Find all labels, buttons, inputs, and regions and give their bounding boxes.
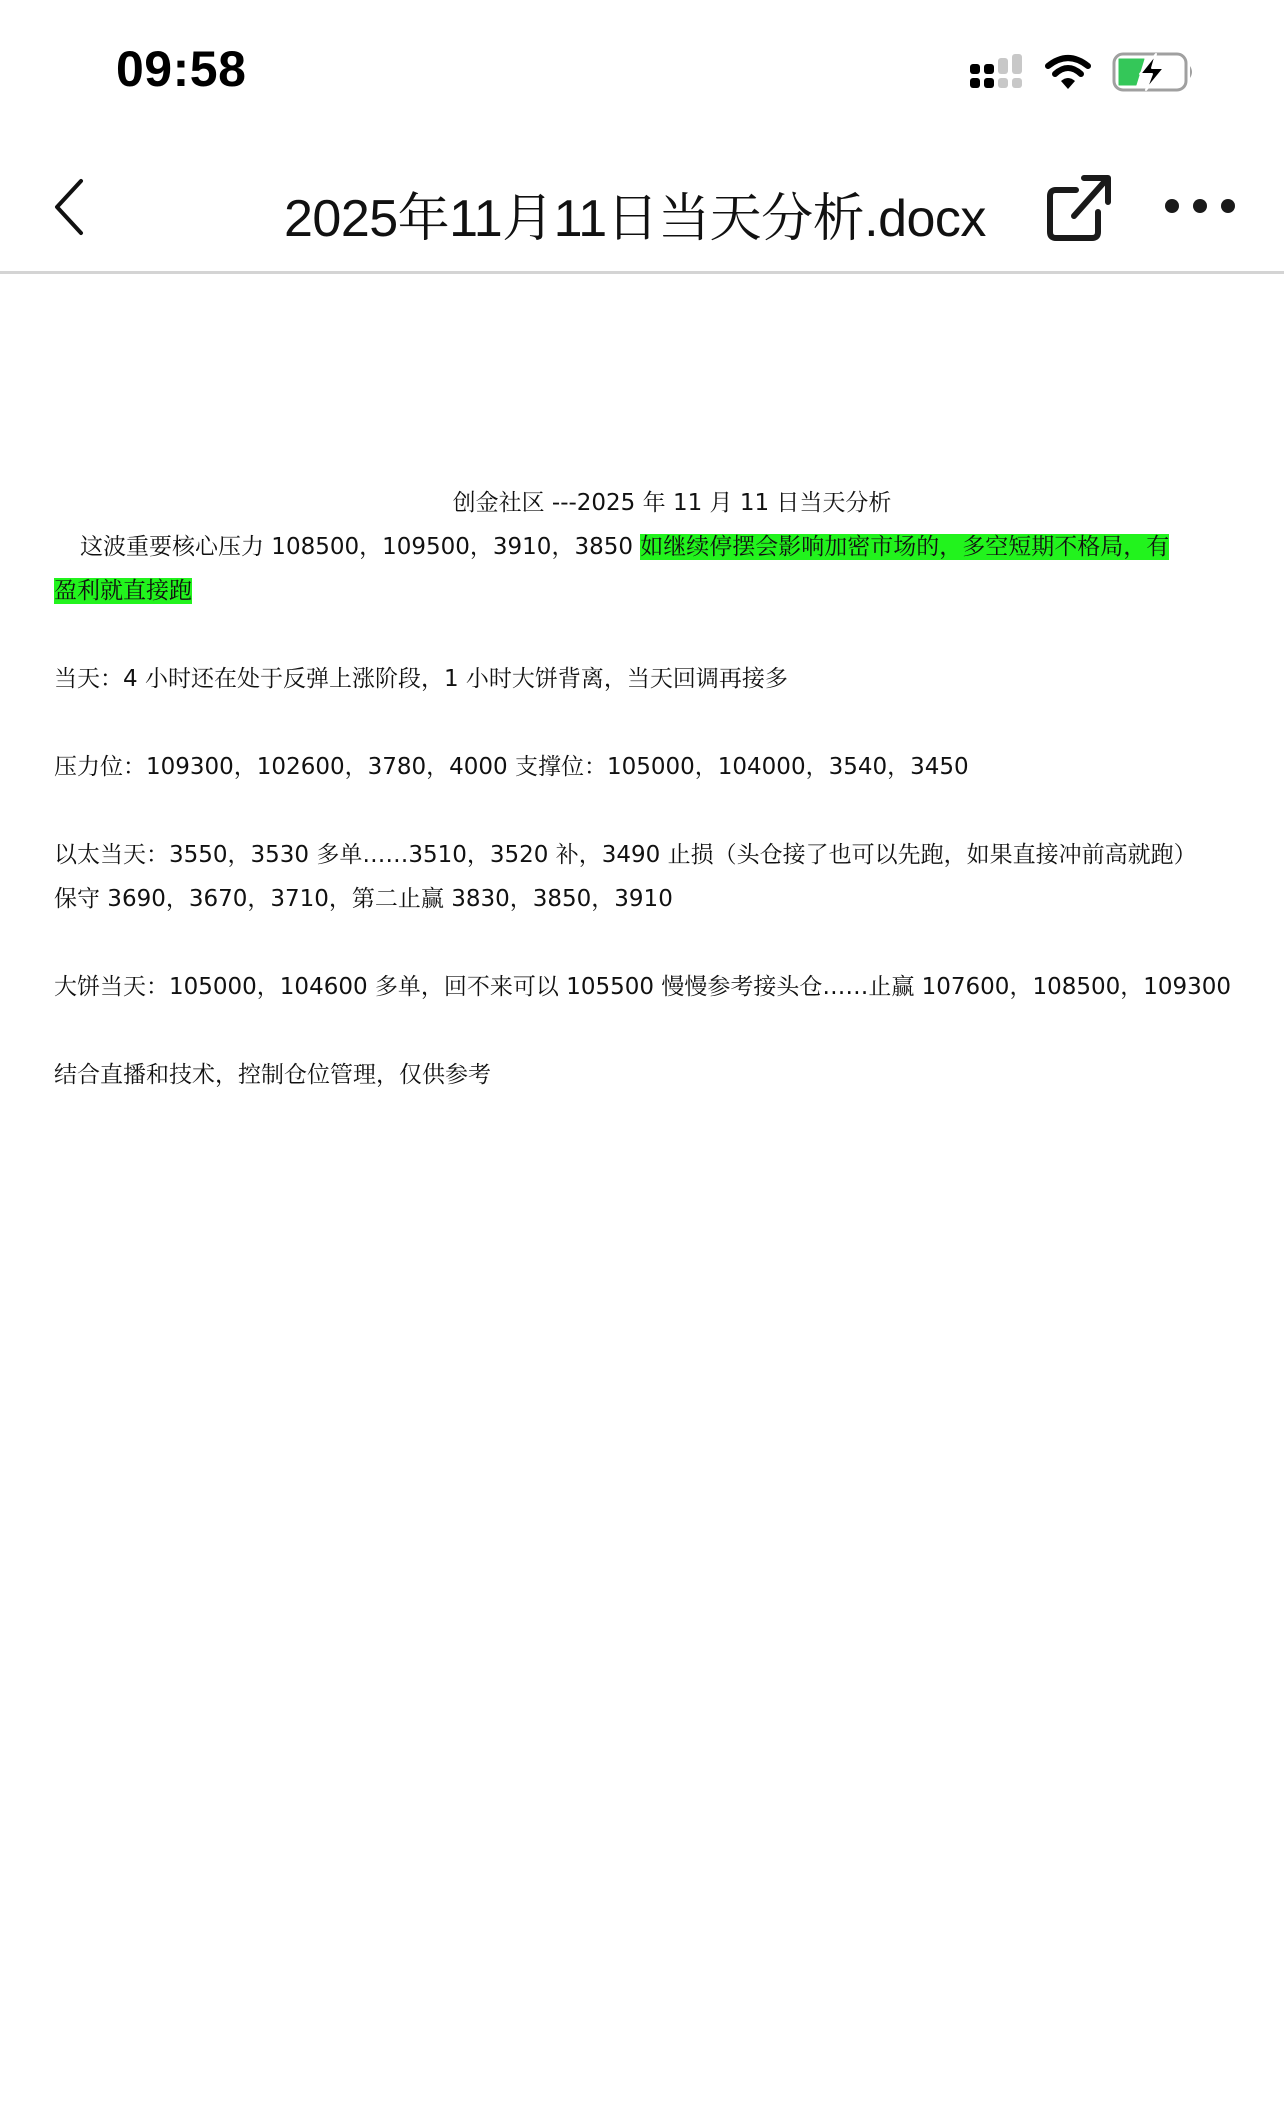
wifi-icon (1044, 54, 1092, 90)
paragraph-eth-today-cont: 保守 3690，3670，3710，第二止赢 3830，3850，3910 (54, 877, 1244, 921)
paragraph-text: 这波重要核心压力 108500，109500，3910，3850 (80, 534, 640, 560)
nav-bar: 2025年11月11日当天分析.docx (0, 140, 1284, 274)
highlighted-text: 盈利就直接跑 (54, 578, 192, 604)
share-button[interactable] (1046, 172, 1112, 242)
paragraph-core-pressure-cont: 盈利就直接跑 (54, 569, 1244, 613)
status-bar: 09:58 (0, 0, 1284, 140)
paragraph-today-view: 当天：4 小时还在处于反弹上涨阶段，1 小时大饼背离，当天回调再接多 (54, 657, 1244, 701)
paragraph-disclaimer: 结合直播和技术，控制仓位管理，仅供参考 (54, 1053, 1244, 1097)
document-heading: 创金社区 ---2025 年 11 月 11 日当天分析 (54, 481, 1244, 525)
paragraph-eth-today: 以太当天：3550，3530 多单……3510，3520 补，3490 止损（头… (54, 833, 1244, 877)
paragraph-core-pressure: 这波重要核心压力 108500，109500，3910，3850 如继续停摆会影… (54, 525, 1244, 569)
more-button[interactable] (1162, 188, 1238, 224)
battery-charging-icon (1112, 52, 1196, 92)
status-icons (970, 52, 1196, 92)
highlighted-text: 如继续停摆会影响加密市场的，多空短期不格局，有 (640, 534, 1169, 560)
paragraph-levels: 压力位：109300，102600，3780，4000 支撑位：105000，1… (54, 745, 1244, 789)
status-time: 09:58 (116, 40, 246, 98)
paragraph-btc-today: 大饼当天：105000，104600 多单，回不来可以 105500 慢慢参考接… (54, 965, 1244, 1009)
back-button[interactable] (44, 176, 94, 242)
cellular-signal-icon (970, 54, 1024, 90)
document-title: 2025年11月11日当天分析.docx (284, 176, 986, 251)
document-viewer[interactable]: 创金社区 ---2025 年 11 月 11 日当天分析 这波重要核心压力 10… (0, 277, 1284, 2115)
share-icon (1046, 229, 1112, 246)
more-horizontal-icon (1162, 211, 1238, 228)
chevron-left-icon (51, 177, 87, 242)
